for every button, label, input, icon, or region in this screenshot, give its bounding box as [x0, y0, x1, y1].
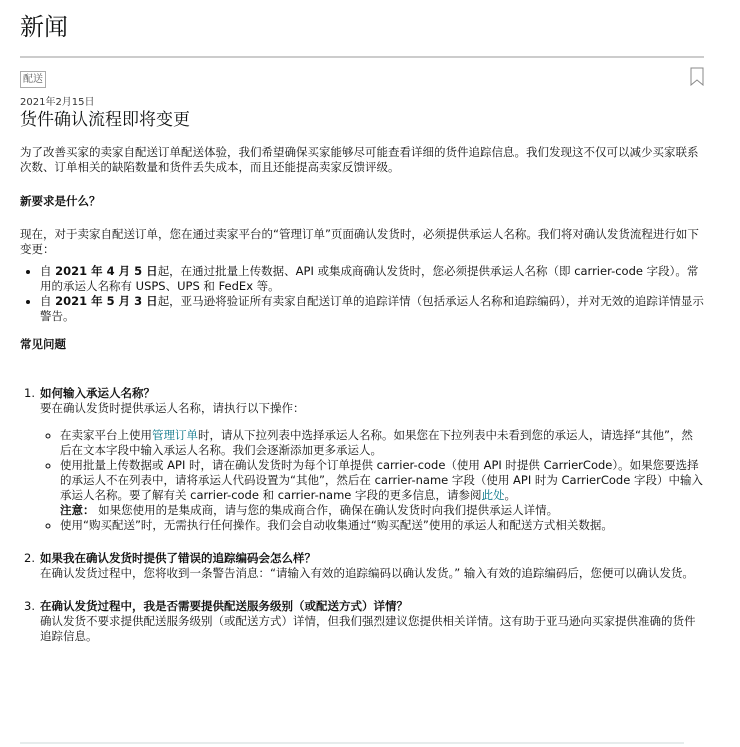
faq-list: 1. 如何输入承运人名称？ 要在确认发货时提供承运人名称，请执行以下操作： 在卖… [20, 386, 704, 644]
bullet-prefix: 自 [40, 294, 55, 308]
requirements-list: 自 2021 年 4 月 5 日起，在通过批量上传数据、API 或集成商确认发货… [20, 264, 704, 324]
page-title: 新闻 [20, 0, 704, 46]
requirement-item: 自 2021 年 5 月 3 日起，亚马逊将验证所有卖家自配送订单的追踪详情（包… [40, 294, 704, 324]
faq-answer: 要在确认发货时提供承运人名称，请执行以下操作： [40, 401, 704, 416]
new-requirements-heading: 新要求是什么？ [20, 193, 704, 209]
note-text: 如果您使用的是集成商，请与您的集成商合作，确保在确认发货时向我们提供承运人详情。 [98, 503, 558, 517]
bullet-prefix: 自 [40, 264, 55, 278]
faq-question: 在确认发货过程中，我是否需要提供配送服务级别（或配送方式）详情？ [40, 599, 704, 614]
step-text: 在卖家平台上使用 [60, 428, 152, 442]
requirements-paragraph: 现在，对于卖家自配送订单，您在通过卖家平台的“管理订单”页面确认发货时，必须提供… [20, 227, 704, 257]
intro-paragraph: 为了改善买家的卖家自配送订单配送体验，我们希望确保买家能够尽可能查看详细的货件追… [20, 145, 704, 175]
faq-step: 使用批量上传数据或 API 时，请在确认发货时为每个订单提供 carrier-c… [60, 458, 704, 518]
faq-step: 在卖家平台上使用管理订单时，请从下拉列表中选择承运人名称。如果您在下拉列表中未看… [60, 428, 704, 458]
faq-number: 1. [24, 386, 35, 401]
faq-steps: 在卖家平台上使用管理订单时，请从下拉列表中选择承运人名称。如果您在下拉列表中未看… [40, 428, 704, 533]
faq-item: 1. 如何输入承运人名称？ 要在确认发货时提供承运人名称，请执行以下操作： 在卖… [20, 386, 704, 533]
faq-number: 3. [24, 599, 35, 614]
faq-heading: 常见问题 [20, 336, 704, 352]
article-headline: 货件确认流程即将变更 [20, 109, 704, 131]
here-link[interactable]: 此处 [482, 488, 505, 502]
article-date: 2021年2月15日 [20, 97, 704, 109]
faq-answer: 确认发货不要求提供配送服务级别（或配送方式）详情，但我们强烈建议您提供相关详情。… [40, 614, 704, 644]
category-tag[interactable]: 配送 [20, 71, 46, 88]
faq-item: 2. 如果我在确认发货时提供了错误的追踪编码会怎么样？ 在确认发货过程中，您将收… [20, 551, 704, 581]
news-page: 新闻 配送 2021年2月15日 货件确认流程即将变更 为了改善买家的卖家自配送… [0, 0, 704, 644]
article-meta: 配送 [20, 67, 704, 91]
faq-question: 如果我在确认发货时提供了错误的追踪编码会怎么样？ [40, 551, 704, 566]
note-label: 注意： [60, 503, 95, 517]
requirement-item: 自 2021 年 4 月 5 日起，在通过批量上传数据、API 或集成商确认发货… [40, 264, 704, 294]
step-text: 使用“购买配送”时，无需执行任何操作。我们会自动收集通过“购买配送”使用的承运人… [60, 518, 613, 532]
bullet-date: 2021 年 5 月 3 日 [55, 294, 158, 308]
faq-number: 2. [24, 551, 35, 566]
manage-orders-link[interactable]: 管理订单 [152, 428, 198, 442]
faq-answer: 在确认发货过程中，您将收到一条警告消息：“请输入有效的追踪编码以确认发货。” 输… [40, 566, 704, 581]
bullet-date: 2021 年 4 月 5 日 [55, 264, 158, 278]
step-text: 。 [505, 488, 517, 502]
bottom-divider [20, 742, 684, 744]
step-text: 使用批量上传数据或 API 时，请在确认发货时为每个订单提供 carrier-c… [60, 458, 703, 502]
title-divider [20, 56, 704, 58]
faq-question: 如何输入承运人名称？ [40, 386, 704, 401]
faq-item: 3. 在确认发货过程中，我是否需要提供配送服务级别（或配送方式）详情？ 确认发货… [20, 599, 704, 644]
bookmark-icon[interactable] [690, 67, 704, 86]
faq-step: 使用“购买配送”时，无需执行任何操作。我们会自动收集通过“购买配送”使用的承运人… [60, 518, 704, 533]
